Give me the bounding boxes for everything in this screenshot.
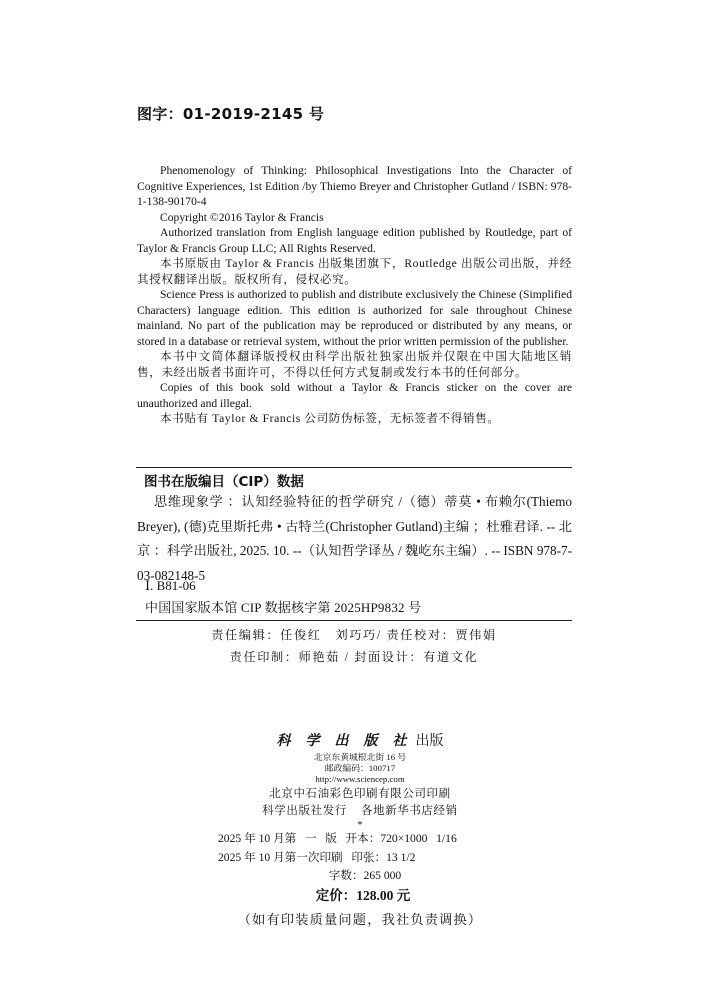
publisher-suffix: 出版 xyxy=(416,733,444,749)
distributor-publisher: 科学出版社发行 xyxy=(262,803,347,817)
cip-verification-number: 中国国家版本馆 CIP 数据核字第 2025HP9832 号 xyxy=(145,597,421,616)
publisher-postcode: 邮政编码：100717 xyxy=(0,763,720,774)
authorized-translation-cn: 本书原版由 Taylor & Francis 出版集团旗下，Routledge … xyxy=(137,256,572,287)
license-number-title: 图字：01-2019-2145 号 xyxy=(137,103,324,124)
editors-line: 责任编辑：任俊红 刘巧巧/ 责任校对：贾伟娟 xyxy=(136,624,572,646)
publisher-block: 科学出版社出版 北京东黄城根北街 16 号 邮政编码：100717 http:/… xyxy=(0,730,720,831)
cip-classification: Ⅰ. B81-06 xyxy=(145,578,196,594)
printer-line: 北京中石油彩色印刷有限公司印刷 xyxy=(0,785,720,802)
sticker-notice-cn: 本书贴有 Taylor & Francis 公司防伪标签，无标签者不得销售。 xyxy=(137,411,572,427)
distribution-rights-en: Science Press is authorized to publish a… xyxy=(137,287,572,349)
authorized-translation-en: Authorized translation from English lang… xyxy=(137,225,572,256)
quality-notice: （如有印装质量问题，我社负责调换） xyxy=(0,909,720,928)
cip-top-divider xyxy=(136,467,572,468)
sticker-notice-en: Copies of this book sold without a Taylo… xyxy=(137,380,572,411)
original-edition-info: Phenomenology of Thinking: Philosophical… xyxy=(137,163,572,210)
cip-bottom-divider xyxy=(136,620,572,621)
distribution-line: 科学出版社发行各地新华书店经销 xyxy=(0,802,720,819)
word-count: 字数：265 000 xyxy=(0,867,720,883)
responsible-staff: 责任编辑：任俊红 刘巧巧/ 责任校对：贾伟娟 责任印制：师艳茹 / 封面设计：有… xyxy=(136,624,572,668)
copyright-notice-block: Phenomenology of Thinking: Philosophical… xyxy=(137,163,572,427)
publisher-name-line: 科学出版社出版 xyxy=(0,730,720,752)
cip-record-text: 思维现象学 ：认知经验特征的哲学研究 /（德）蒂莫 • 布赖尔(Thiemo B… xyxy=(137,490,572,588)
publisher-address: 北京东黄城根北街 16 号 xyxy=(0,752,720,763)
price: 定价：128.00 元 xyxy=(0,884,720,904)
distributor-bookstores: 各地新华书店经销 xyxy=(361,803,458,817)
distribution-rights-cn: 本书中文简体翻译版授权由科学出版社独家出版并仅限在中国大陆地区销售，未经出版者书… xyxy=(137,349,572,380)
production-line: 责任印制：师艳茹 / 封面设计：有道文化 xyxy=(136,646,572,668)
printing-line: 2025 年 10 月第一次印刷 印张：13 1/2 xyxy=(218,849,457,868)
edition-line: 2025 年 10 月第 一 版 开本：720×1000 1/16 xyxy=(218,830,457,849)
cip-record: 思维现象学 ：认知经验特征的哲学研究 /（德）蒂莫 • 布赖尔(Thiemo B… xyxy=(137,490,572,588)
publisher-website: http://www.sciencep.com xyxy=(0,774,720,785)
cip-heading: 图书在版编目（CIP）数据 xyxy=(144,470,304,490)
publisher-name: 科学出版社 xyxy=(277,733,422,749)
edition-info: 2025 年 10 月第 一 版 开本：720×1000 1/16 2025 年… xyxy=(218,830,457,867)
copyright-line: Copyright ©2016 Taylor & Francis xyxy=(137,210,572,226)
